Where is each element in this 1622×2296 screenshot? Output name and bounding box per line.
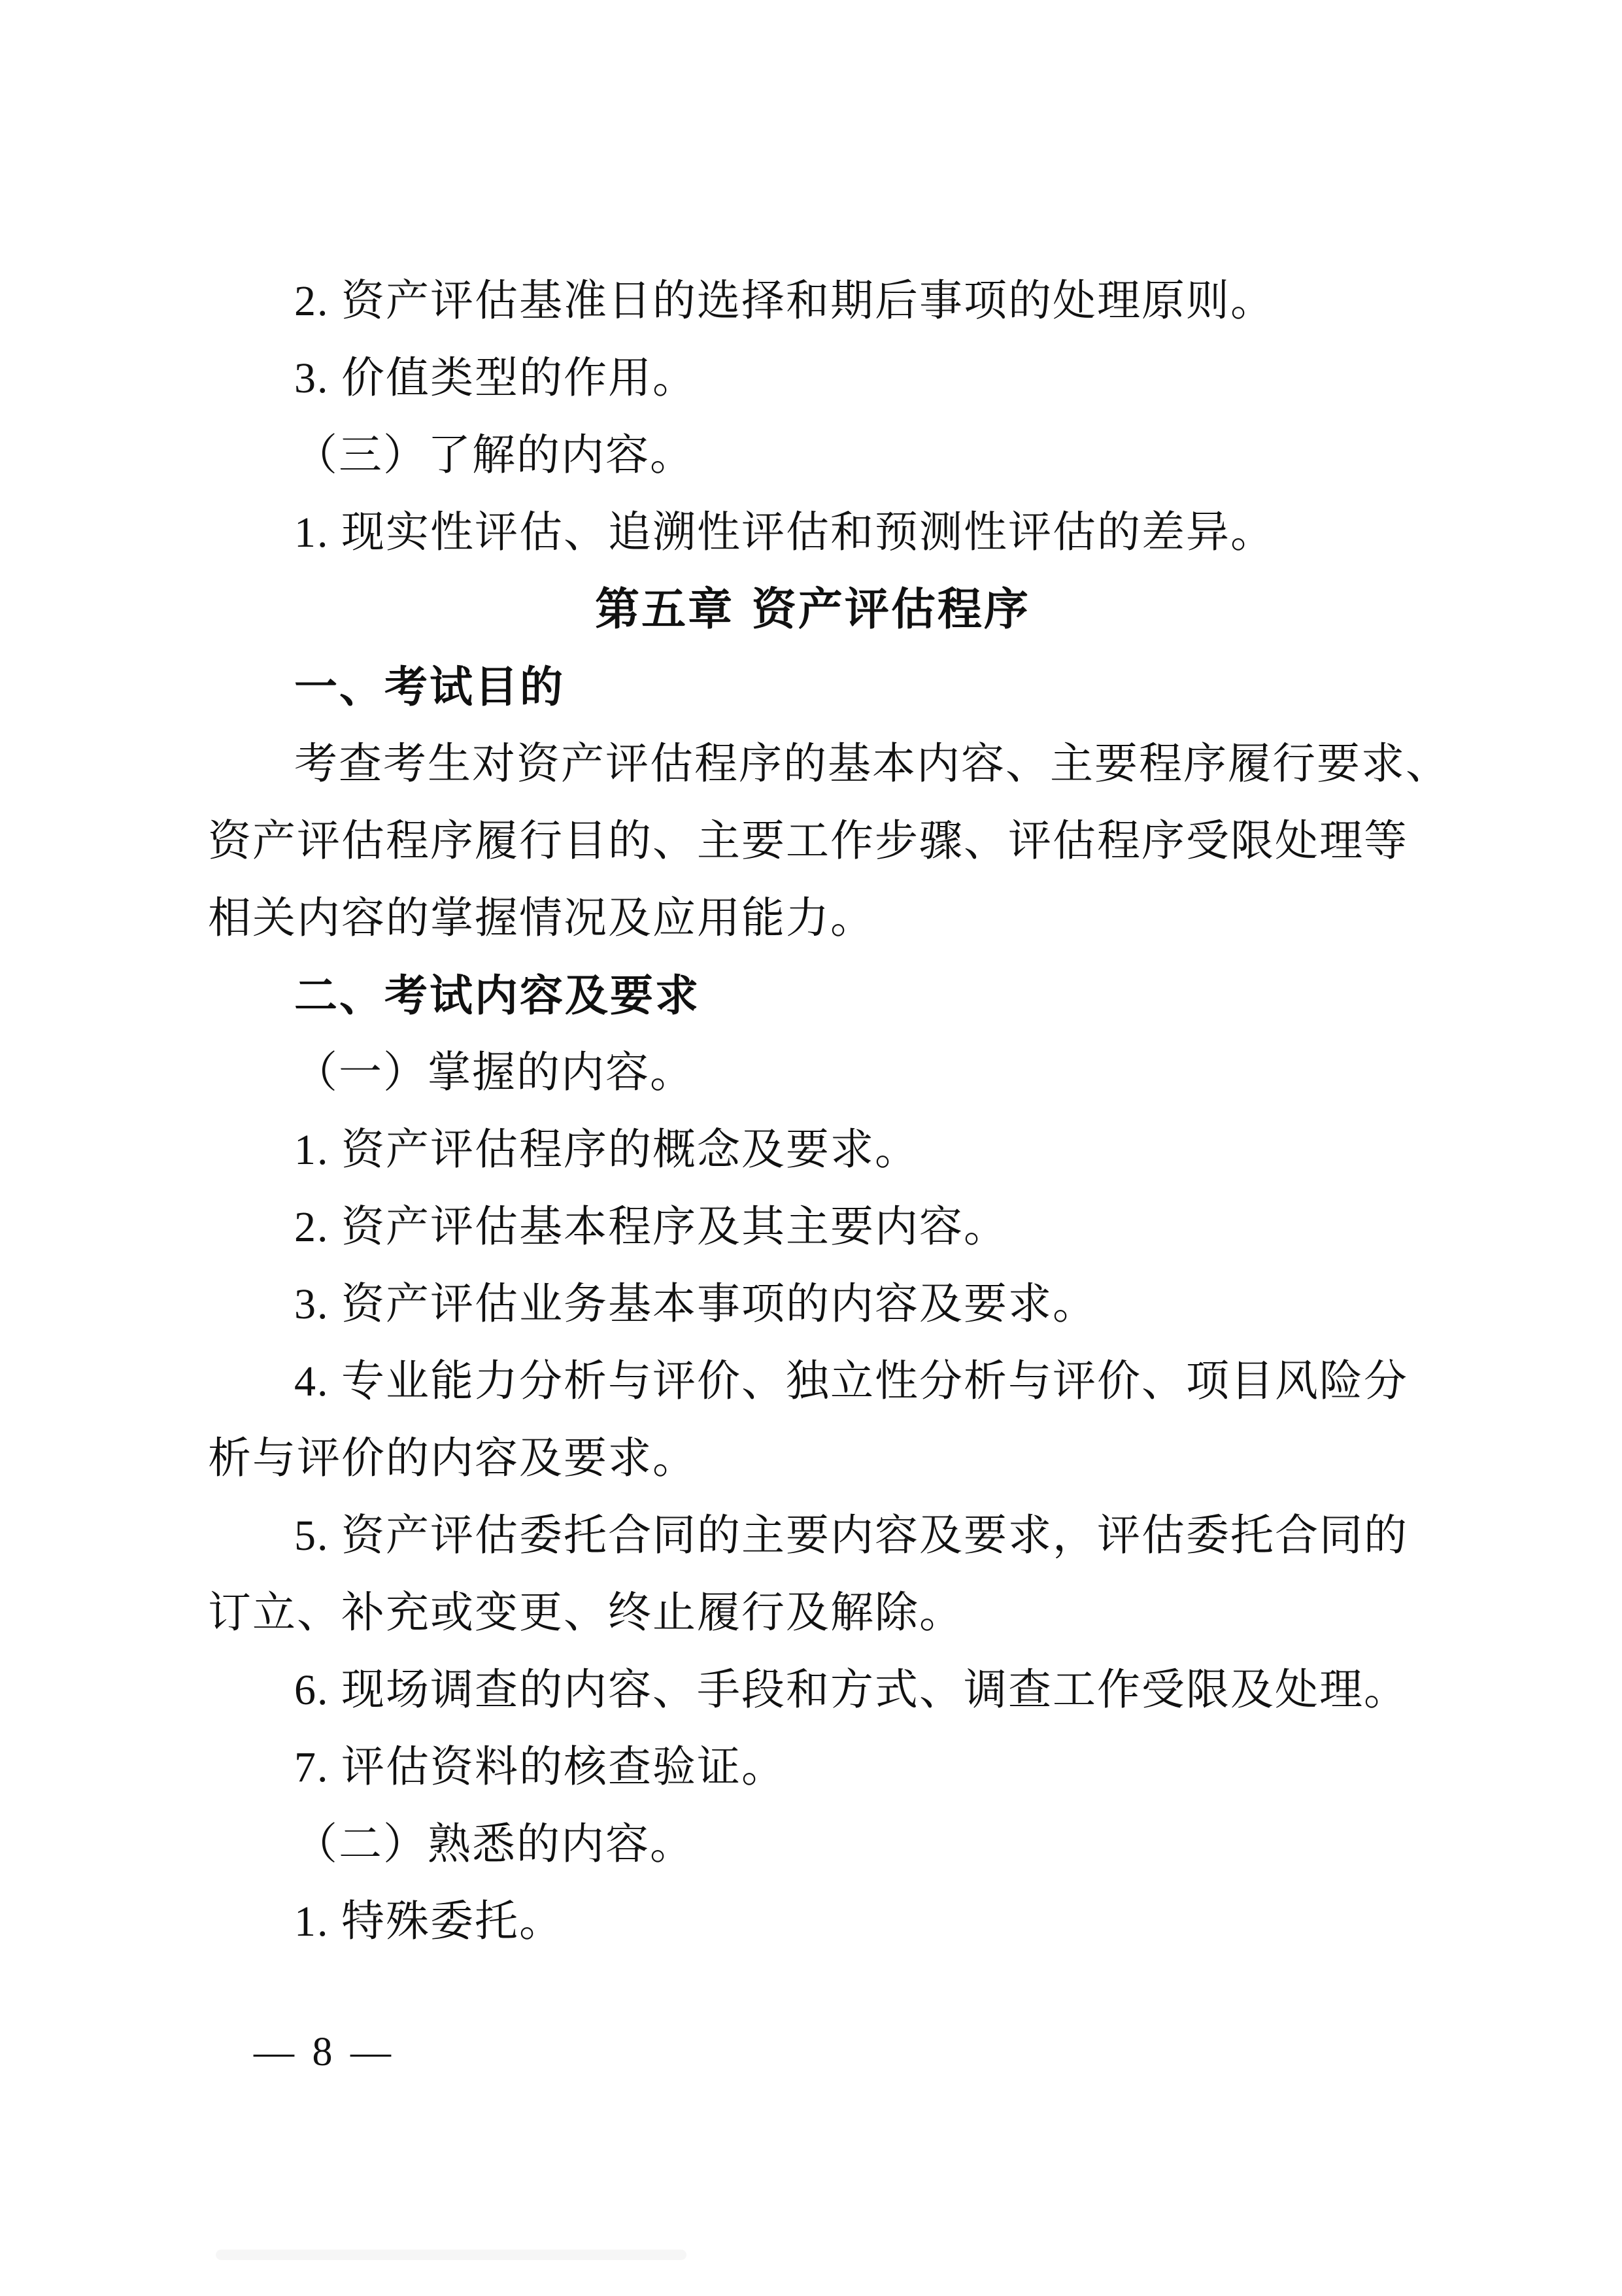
- body-line: 3. 价值类型的作用。: [208, 340, 1417, 417]
- body-line: 6. 现场调查的内容、手段和方式、调查工作受限及处理。: [208, 1652, 1417, 1729]
- body-line-continuation: 订立、补充或变更、终止履行及解除。: [208, 1575, 1417, 1652]
- body-line: 5. 资产评估委托合同的主要内容及要求，评估委托合同的: [208, 1498, 1417, 1575]
- document-body: 2. 资产评估基准日的选择和期后事项的处理原则。3. 价值类型的作用。（三）了解…: [208, 263, 1417, 1961]
- body-line: （一）掌握的内容。: [208, 1035, 1417, 1112]
- body-line: 考查考生对资产评估程序的基本内容、主要程序履行要求、: [208, 726, 1417, 803]
- body-line: （三）了解的内容。: [208, 417, 1417, 494]
- body-line: 1. 现实性评估、追溯性评估和预测性评估的差异。: [208, 494, 1417, 572]
- body-line-continuation: 析与评价的内容及要求。: [208, 1420, 1417, 1498]
- body-line-continuation: 资产评估程序履行目的、主要工作步骤、评估程序受限处理等: [208, 803, 1417, 880]
- chapter-heading: 第五章 资产评估程序: [208, 572, 1417, 649]
- body-line-continuation: 相关内容的掌握情况及应用能力。: [208, 880, 1417, 957]
- page-number: — 8 —: [254, 2026, 395, 2078]
- body-line: 7. 评估资料的核查验证。: [208, 1729, 1417, 1806]
- section-heading: 二、考试内容及要求: [208, 957, 1417, 1035]
- body-line: 2. 资产评估基准日的选择和期后事项的处理原则。: [208, 263, 1417, 340]
- section-heading: 一、考试目的: [208, 649, 1417, 726]
- body-line: 3. 资产评估业务基本事项的内容及要求。: [208, 1266, 1417, 1343]
- body-line: 1. 资产评估程序的概念及要求。: [208, 1112, 1417, 1189]
- scan-artifact: [216, 2250, 686, 2260]
- body-line: 1. 特殊委托。: [208, 1883, 1417, 1961]
- document-page: 2. 资产评估基准日的选择和期后事项的处理原则。3. 价值类型的作用。（三）了解…: [0, 0, 1622, 2296]
- body-line: （二）熟悉的内容。: [208, 1806, 1417, 1883]
- body-line: 2. 资产评估基本程序及其主要内容。: [208, 1189, 1417, 1266]
- body-line: 4. 专业能力分析与评价、独立性分析与评价、项目风险分: [208, 1343, 1417, 1420]
